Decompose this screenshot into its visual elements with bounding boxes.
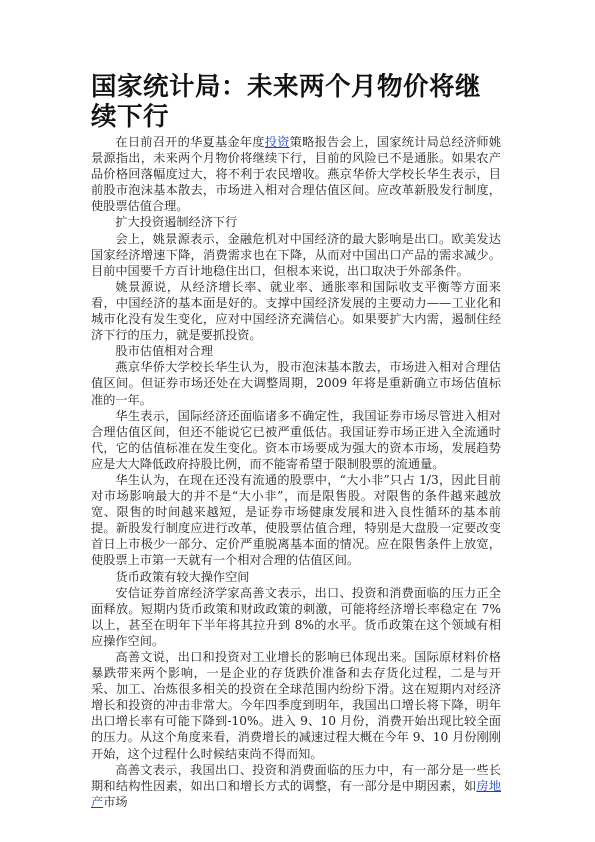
section-heading: 货币政策有较大操作空间 — [91, 569, 501, 585]
body-paragraph: 高善文表示，我国出口、投资和消费面临的压力中，有一部分是一些长期和结构性因素，如… — [91, 762, 501, 810]
body-paragraph: 华生认为，在现在还没有流通的股票中，“大小非”只占 1/3，因此目前对市场影响最… — [91, 472, 501, 569]
section-heading: 扩大投资遏制经济下行 — [91, 214, 501, 230]
paragraph-text: 市场 — [103, 795, 127, 809]
body-paragraph: 燕京华侨大学校长华生认为，股市泡沫基本散去，市场进入相对合理估值区间。但证券市场… — [91, 359, 501, 407]
document-page: 国家统计局：未来两个月物价将继续下行 在日前召开的华夏基金年度投资策略报告会上，… — [91, 72, 501, 810]
body-paragraph: 会上，姚景源表示，金融危机对中国经济的最大影响是出口。欧美发达国家经济增速下降，… — [91, 231, 501, 279]
paragraph-text: 高善文表示，我国出口、投资和消费面临的压力中，有一部分是一些长期和结构性因素，如… — [91, 763, 501, 793]
intro-paragraph: 在日前召开的华夏基金年度投资策略报告会上，国家统计局总经济师姚景源指出，未来两个… — [91, 134, 501, 214]
paragraph-text: 在日前召开的华夏基金年度 — [115, 135, 264, 149]
body-paragraph: 姚景源说，从经济增长率、就业率、通胀率和国际收支平衡等方面来看，中国经济的基本面… — [91, 279, 501, 343]
body-paragraph: 安信证券首席经济学家高善文表示，出口、投资和消费面临的压力正全面释放。短期内货币… — [91, 585, 501, 649]
section-heading: 股市估值相对合理 — [91, 343, 501, 359]
investment-link[interactable]: 投资 — [265, 135, 290, 149]
body-paragraph: 华生表示，国际经济还面临诸多不确定性，我国证券市场尽管进入相对合理估值区间，但还… — [91, 408, 501, 472]
body-paragraph: 高善文说，出口和投资对工业增长的影响已体现出来。国际原材料价格暴跌带来两个影响，… — [91, 649, 501, 762]
article-title: 国家统计局：未来两个月物价将继续下行 — [91, 72, 501, 132]
